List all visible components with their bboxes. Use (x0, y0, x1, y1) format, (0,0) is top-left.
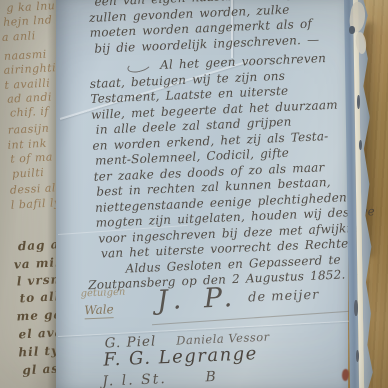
edge-speck (349, 26, 355, 34)
signature-partial-bottom: J. l. St. B (102, 369, 218, 388)
margin-note-name: Wale (84, 302, 114, 319)
manuscript-text: een van eigen naastbetrekkingen zullen g… (86, 0, 362, 293)
handwriting-layer: een van eigen naastbetrekkingen zullen g… (0, 0, 388, 388)
manuscript-photo: g ka lnu hejn lnd a anli naasmi airinght… (0, 0, 388, 388)
paragraph-flourish-icon (126, 58, 152, 75)
signature-name: de meijer (248, 288, 320, 306)
edge-speck (354, 300, 358, 316)
edge-speck (359, 140, 362, 150)
edge-speck (357, 95, 360, 109)
signature-initials: J. P. (156, 282, 239, 316)
margin-note-witnesses: getuigen (80, 287, 125, 300)
signature-principal: J. P.de meijer (156, 279, 320, 317)
edge-speck (356, 350, 359, 362)
